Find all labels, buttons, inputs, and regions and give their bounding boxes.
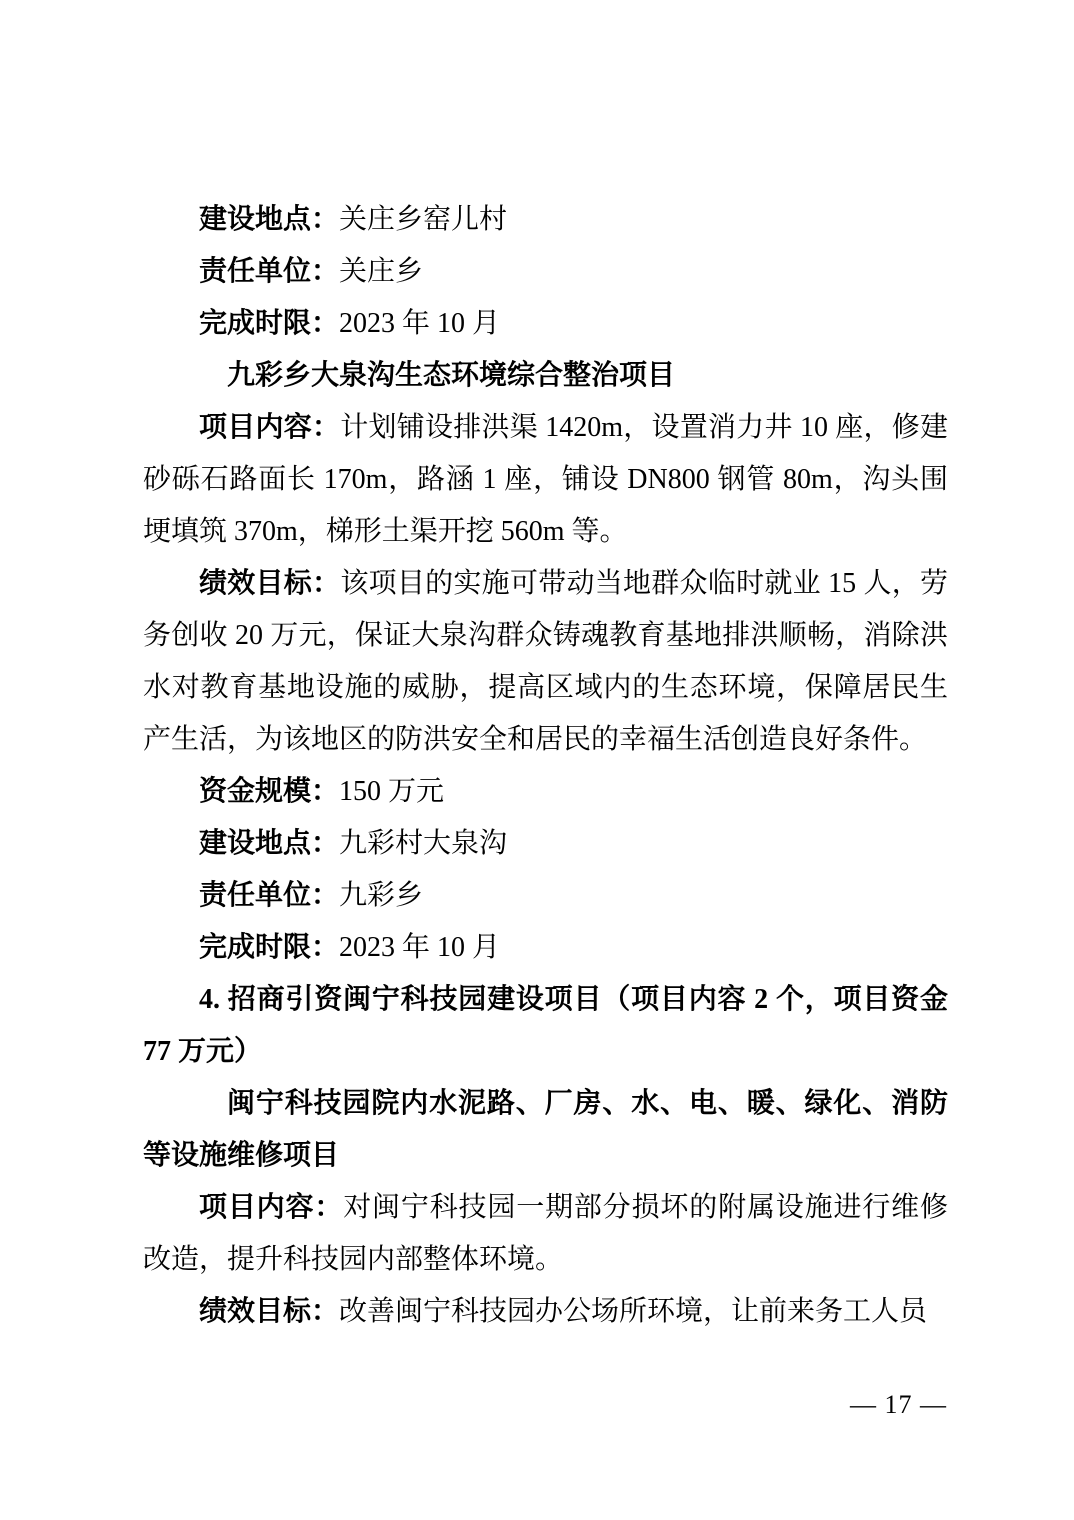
document-body: 建设地点：关庄乡窑儿村 责任单位：关庄乡 完成时限：2023 年 10 月 九彩… (143, 194, 948, 1338)
field-responsible-unit-label: 责任单位： (199, 256, 339, 287)
para-performance-target-daquangou: 绩效目标：该项目的实施可带动当地群众临时就业 15 人，劳务创收 20 万元，保… (143, 558, 948, 766)
field-funding-scale-value: 150 万元 (339, 776, 444, 807)
field-construction-site-value: 关庄乡窑儿村 (339, 204, 507, 235)
field-funding-scale-label: 资金规模： (199, 776, 339, 807)
field-completion-deadline-2-value: 2023 年 10 月 (339, 932, 500, 963)
field-responsible-unit-2-value: 九彩乡 (339, 880, 423, 911)
page-number: — 17 — (850, 1390, 947, 1420)
subproject-title-daquangou: 九彩乡大泉沟生态环境综合整治项目 (143, 350, 948, 402)
performance-target-minning-text: 改善闽宁科技园办公场所环境，让前来务工人员 (339, 1296, 927, 1327)
heading-project-4: 4. 招商引资闽宁科技园建设项目（项目内容 2 个，项目资金 77 万元） (143, 974, 948, 1078)
field-completion-deadline-2-label: 完成时限： (199, 932, 339, 963)
subproject-title-minning-tech-park: 闽宁科技园院内水泥路、厂房、水、电、暖、绿化、消防等设施维修项目 (143, 1078, 948, 1182)
performance-target-minning-label: 绩效目标： (199, 1296, 339, 1327)
field-responsible-unit: 责任单位：关庄乡 (143, 246, 948, 298)
field-responsible-unit-2-label: 责任单位： (199, 880, 339, 911)
para-performance-target-minning: 绩效目标：改善闽宁科技园办公场所环境，让前来务工人员 (143, 1286, 948, 1338)
field-construction-site-2-value: 九彩村大泉沟 (339, 828, 507, 859)
field-responsible-unit-value: 关庄乡 (339, 256, 423, 287)
field-construction-site-2-label: 建设地点： (199, 828, 339, 859)
field-funding-scale: 资金规模：150 万元 (143, 766, 948, 818)
field-construction-site-label: 建设地点： (199, 204, 339, 235)
field-responsible-unit-2: 责任单位：九彩乡 (143, 870, 948, 922)
field-completion-deadline-2: 完成时限：2023 年 10 月 (143, 922, 948, 974)
project-content-label: 项目内容： (199, 412, 340, 443)
document-page: 建设地点：关庄乡窑儿村 责任单位：关庄乡 完成时限：2023 年 10 月 九彩… (0, 0, 1074, 1520)
performance-target-label: 绩效目标： (199, 568, 340, 599)
field-construction-site: 建设地点：关庄乡窑儿村 (143, 194, 948, 246)
field-construction-site-2: 建设地点：九彩村大泉沟 (143, 818, 948, 870)
para-project-content-daquangou: 项目内容：计划铺设排洪渠 1420m，设置消力井 10 座，修建砂砾石路面长 1… (143, 402, 948, 558)
field-completion-deadline-label: 完成时限： (199, 308, 339, 339)
project-content-minning-label: 项目内容： (199, 1192, 343, 1223)
field-completion-deadline: 完成时限：2023 年 10 月 (143, 298, 948, 350)
field-completion-deadline-value: 2023 年 10 月 (339, 308, 500, 339)
para-project-content-minning: 项目内容：对闽宁科技园一期部分损坏的附属设施进行维修改造，提升科技园内部整体环境… (143, 1182, 948, 1286)
